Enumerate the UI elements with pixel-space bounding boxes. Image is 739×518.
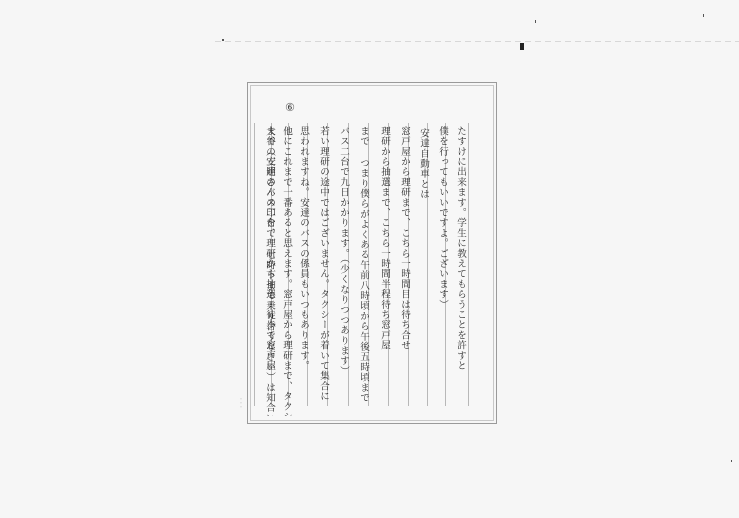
scan-speck [731, 460, 732, 462]
manuscript-column: まで（安達のバス二台で 七時下まで乗り合うなさい）は知合いに言いません [262, 126, 276, 416]
binding-clip-mark [520, 43, 524, 50]
column-rule [468, 123, 469, 406]
scan-speck [535, 20, 536, 23]
manuscript-column: 他にこれまで一番あると思えます。窓戸屋から理研まで、タクシー [279, 126, 293, 416]
scan-speck [222, 39, 224, 41]
manuscript-column: 思われますね。安達のバスの係員もいつもあります。 [296, 126, 310, 416]
manuscript-column: 若い理研の途中ではございません。タクシーが着いて集合に [316, 126, 330, 416]
page-number: ⑥ [285, 101, 295, 114]
manuscript-column: 僕を行ってもいいですよ。ございます） [435, 126, 449, 416]
margin-mark: ・・・ [241, 397, 244, 409]
manuscript-column: 窓戸屋から理研まで、こちら一時間目は待ち合せ [397, 126, 411, 416]
scan-speck [703, 14, 704, 17]
scan-artifact-line [215, 41, 739, 42]
column-rule [254, 123, 255, 406]
manuscript-column: 理研から抽選まで、こちら一時間半程待ち窓戸屋 [377, 126, 391, 416]
manuscript-column: バス二台で九日かかります。（少くなりつつあります） [336, 126, 350, 416]
manuscript-column: たすけに出来ます。学生に教えてもらうことを許すと [453, 126, 467, 416]
manuscript-column: まで つまり僕らがよくある午前八時頃から午後五時頃まで [356, 126, 370, 416]
manuscript-column: 安達自動車とは [416, 128, 430, 418]
